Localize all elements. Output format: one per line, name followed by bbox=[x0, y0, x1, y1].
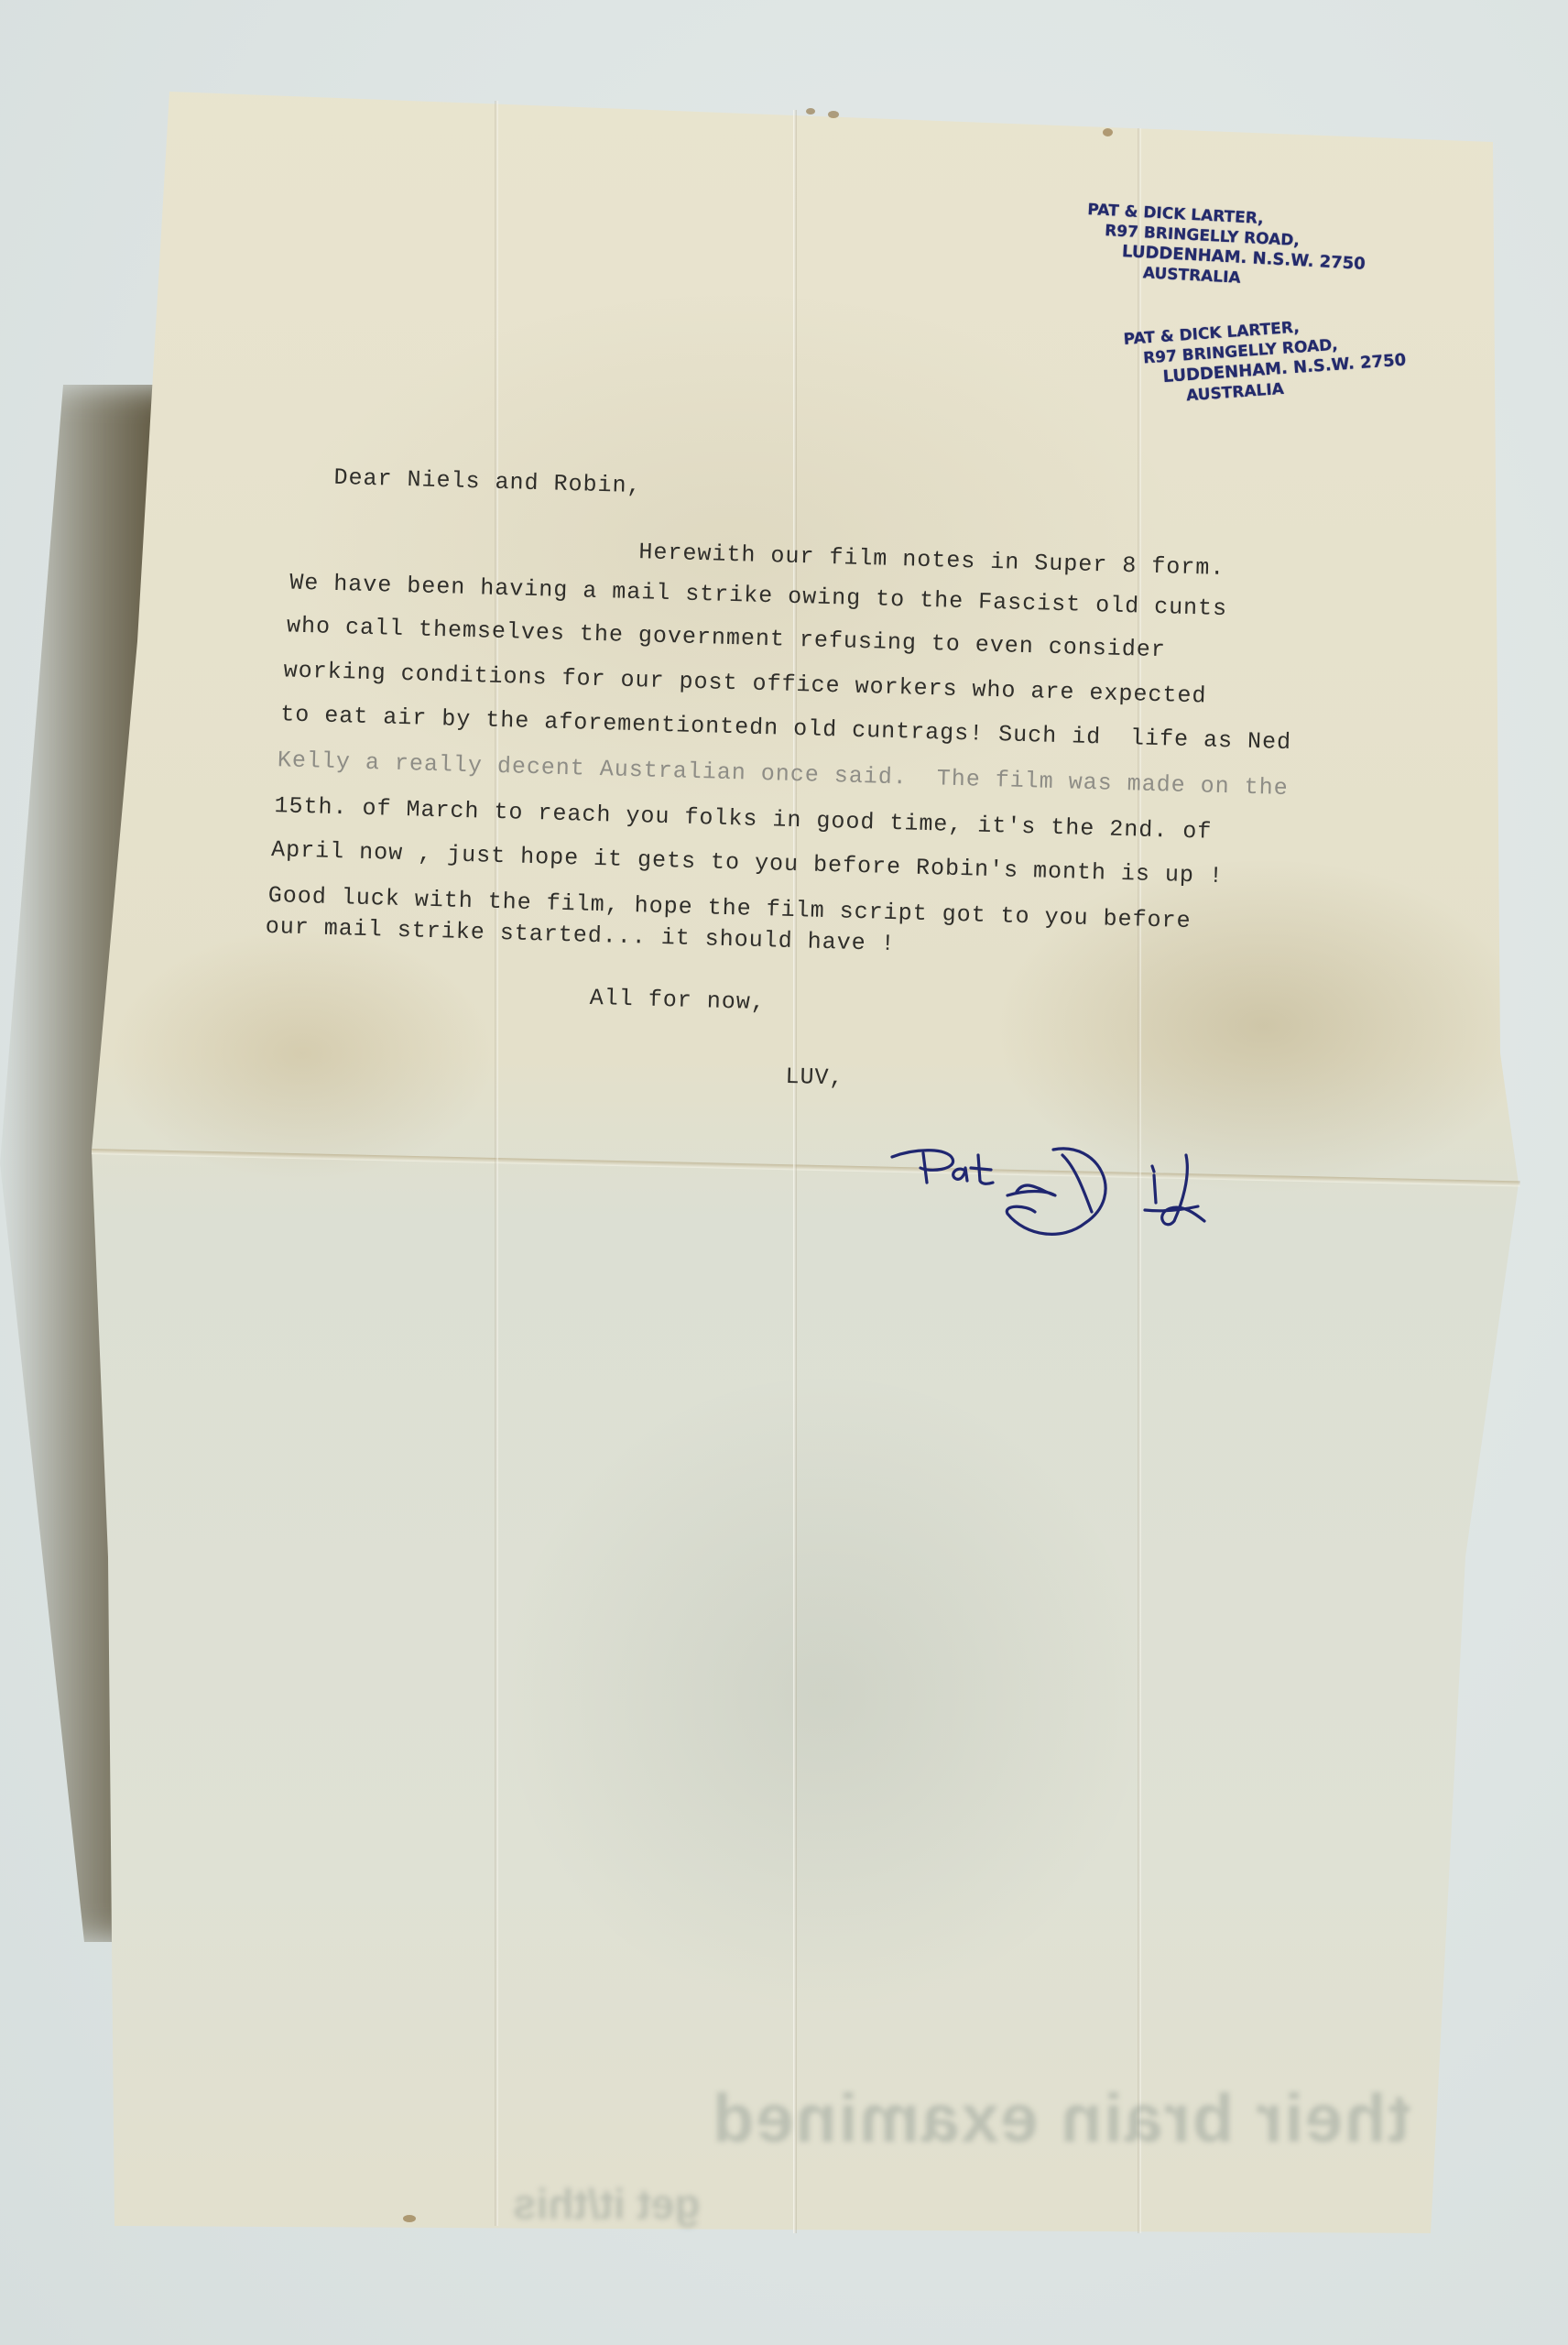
showthrough-main-text: their brain examined bbox=[275, 2079, 1410, 2157]
showthrough-secondary-text: get it/this bbox=[513, 2179, 700, 2229]
sign-off: LUV, bbox=[785, 1063, 844, 1092]
rust-spot bbox=[828, 111, 839, 118]
vertical-fold-crease bbox=[793, 110, 797, 2233]
vertical-fold-crease bbox=[495, 101, 498, 2226]
handwritten-signature bbox=[879, 1122, 1209, 1260]
rust-spot bbox=[806, 108, 815, 115]
closing: All for now, bbox=[589, 985, 766, 1016]
rust-spot bbox=[1103, 128, 1113, 136]
address-stamp: PAT & DICK LARTER, R97 BRINGELLY ROAD, L… bbox=[1083, 200, 1367, 295]
reverse-side-showthrough: their brain examined get it/this bbox=[275, 2079, 1410, 2229]
